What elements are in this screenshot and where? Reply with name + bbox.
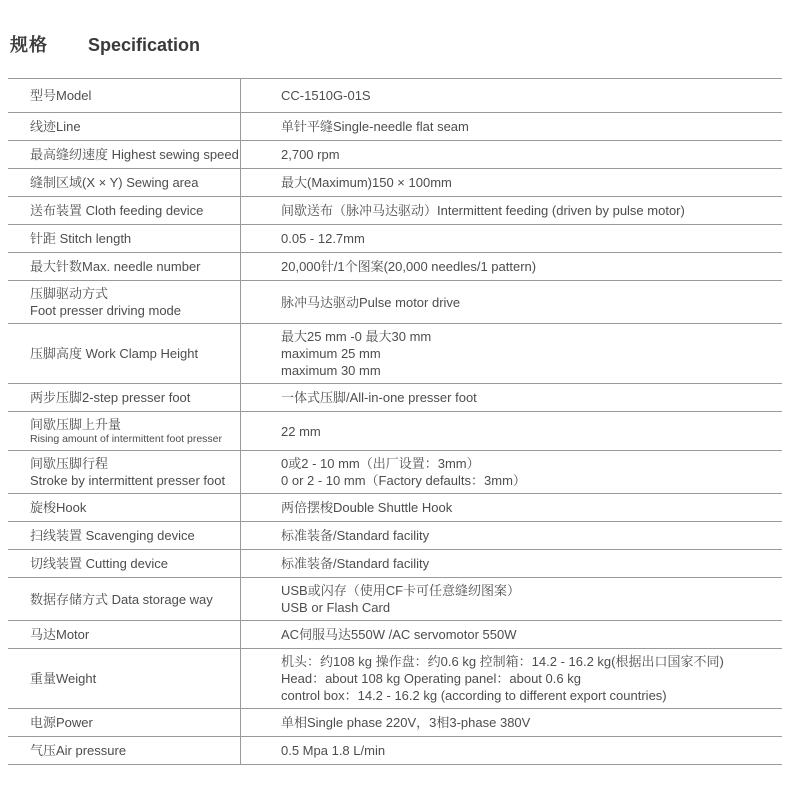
spec-label: 间歇压脚上升量Rising amount of intermittent foo… [8, 412, 240, 450]
table-row: 电源Power单相Single phase 220V，3相3-phase 380… [8, 709, 782, 737]
spec-value-line: 0或2 - 10 mm（出厂设置：3mm） [281, 455, 774, 472]
spec-value: 标准装备/Standard facility [240, 522, 782, 549]
spec-label-line: Foot presser driving mode [30, 302, 234, 319]
table-row: 缝制区域(X × Y) Sewing area最大(Maximum)150 × … [8, 169, 782, 197]
spec-value-line: 机头：约108 kg 操作盘：约0.6 kg 控制箱：14.2 - 16.2 k… [281, 653, 774, 670]
spec-value: 一体式压脚/All-in-one presser foot [240, 384, 782, 411]
spec-label: 缝制区域(X × Y) Sewing area [8, 169, 240, 196]
spec-label: 线迹Line [8, 113, 240, 140]
spec-label: 马达Motor [8, 621, 240, 648]
page-title-en: Specification [88, 35, 200, 56]
spec-label-line: 压脚高度 Work Clamp Height [30, 345, 234, 362]
spec-value: 脉冲马达驱动Pulse motor drive [240, 281, 782, 323]
spec-label: 切线装置 Cutting device [8, 550, 240, 577]
spec-value-line: 最大25 mm -0 最大30 mm [281, 328, 774, 345]
spec-value-line: maximum 25 mm [281, 345, 774, 362]
spec-value-line: 2,700 rpm [281, 146, 774, 163]
spec-value: 2,700 rpm [240, 141, 782, 168]
spec-label: 重量Weight [8, 649, 240, 708]
spec-label-line: 间歇压脚上升量 [30, 416, 234, 433]
table-row: 型号ModelCC-1510G-01S [8, 79, 782, 113]
spec-value-line: 0.5 Mpa 1.8 L/min [281, 742, 774, 759]
table-row: 最大针数Max. needle number20,000针/1个图案(20,00… [8, 253, 782, 281]
table-row: 两步压脚2-step presser foot一体式压脚/All-in-one … [8, 384, 782, 412]
spec-label-line: 送布装置 Cloth feeding device [30, 202, 234, 219]
spec-value-line: 22 mm [281, 423, 774, 440]
spec-value-line: 0 or 2 - 10 mm（Factory defaults：3mm） [281, 472, 774, 489]
spec-value-line: USB或闪存（使用CF卡可任意缝纫图案） [281, 582, 774, 599]
table-row: 数据存储方式 Data storage wayUSB或闪存（使用CF卡可任意缝纫… [8, 578, 782, 621]
table-row: 间歇压脚行程Stroke by intermittent presser foo… [8, 451, 782, 494]
spec-value: 标准装备/Standard facility [240, 550, 782, 577]
spec-label: 型号Model [8, 79, 240, 112]
spec-label-line: 压脚驱动方式 [30, 285, 234, 302]
spec-label: 压脚驱动方式Foot presser driving mode [8, 281, 240, 323]
spec-label: 气压Air pressure [8, 737, 240, 764]
spec-label-line: 气压Air pressure [30, 742, 234, 759]
spec-label: 送布装置 Cloth feeding device [8, 197, 240, 224]
table-row: 旋梭Hook两倍摆梭Double Shuttle Hook [8, 494, 782, 522]
spec-label-line: 数据存储方式 Data storage way [30, 591, 234, 608]
spec-value: 机头：约108 kg 操作盘：约0.6 kg 控制箱：14.2 - 16.2 k… [240, 649, 782, 708]
spec-label-line: 间歇压脚行程 [30, 455, 234, 472]
spec-label-line: Rising amount of intermittent foot press… [30, 433, 234, 446]
spec-value-line: 间歇送布（脉冲马达驱动）Intermittent feeding (driven… [281, 202, 774, 219]
spec-value: 单相Single phase 220V，3相3-phase 380V [240, 709, 782, 736]
spec-value: USB或闪存（使用CF卡可任意缝纫图案）USB or Flash Card [240, 578, 782, 620]
spec-page: 规格 Specification 型号ModelCC-1510G-01S线迹Li… [0, 0, 790, 791]
table-row: 最高缝纫速度 Highest sewing speed2,700 rpm [8, 141, 782, 169]
spec-label: 针距 Stitch length [8, 225, 240, 252]
spec-label: 间歇压脚行程Stroke by intermittent presser foo… [8, 451, 240, 493]
spec-value-line: CC-1510G-01S [281, 87, 774, 104]
spec-value-line: 标准装备/Standard facility [281, 527, 774, 544]
spec-value: AC伺服马达550W /AC servomotor 550W [240, 621, 782, 648]
table-row: 马达MotorAC伺服马达550W /AC servomotor 550W [8, 621, 782, 649]
spec-label-line: 切线装置 Cutting device [30, 555, 234, 572]
spec-label-line: 针距 Stitch length [30, 230, 234, 247]
spec-label: 电源Power [8, 709, 240, 736]
spec-label-line: 缝制区域(X × Y) Sewing area [30, 174, 234, 191]
spec-label: 旋梭Hook [8, 494, 240, 521]
spec-label: 最高缝纫速度 Highest sewing speed [8, 141, 240, 168]
spec-value: 0.05 - 12.7mm [240, 225, 782, 252]
table-row: 压脚驱动方式Foot presser driving mode脉冲马达驱动Pul… [8, 281, 782, 324]
spec-label-line: 扫线装置 Scavenging device [30, 527, 234, 544]
spec-value-line: USB or Flash Card [281, 599, 774, 616]
table-row: 重量Weight机头：约108 kg 操作盘：约0.6 kg 控制箱：14.2 … [8, 649, 782, 709]
spec-label-line: 型号Model [30, 87, 234, 104]
spec-value: 两倍摆梭Double Shuttle Hook [240, 494, 782, 521]
table-row: 切线装置 Cutting device标准装备/Standard facilit… [8, 550, 782, 578]
table-row: 间歇压脚上升量Rising amount of intermittent foo… [8, 412, 782, 451]
spec-value: 22 mm [240, 412, 782, 450]
spec-value-line: 单针平缝Single-needle flat seam [281, 118, 774, 135]
spec-value-line: Head：about 108 kg Operating panel：about … [281, 670, 774, 687]
spec-value-line: 单相Single phase 220V，3相3-phase 380V [281, 714, 774, 731]
spec-label-line: 两步压脚2-step presser foot [30, 389, 234, 406]
spec-label-line: 最高缝纫速度 Highest sewing speed [30, 146, 234, 163]
spec-value: 最大(Maximum)150 × 100mm [240, 169, 782, 196]
spec-value-line: 一体式压脚/All-in-one presser foot [281, 389, 774, 406]
spec-label: 扫线装置 Scavenging device [8, 522, 240, 549]
table-row: 扫线装置 Scavenging device标准装备/Standard faci… [8, 522, 782, 550]
spec-label: 数据存储方式 Data storage way [8, 578, 240, 620]
spec-label-line: 马达Motor [30, 626, 234, 643]
spec-label: 最大针数Max. needle number [8, 253, 240, 280]
page-title: 规格 Specification [8, 0, 782, 57]
spec-label: 压脚高度 Work Clamp Height [8, 324, 240, 383]
table-row: 气压Air pressure0.5 Mpa 1.8 L/min [8, 737, 782, 765]
spec-value-line: 20,000针/1个图案(20,000 needles/1 pattern) [281, 258, 774, 275]
spec-value-line: maximum 30 mm [281, 362, 774, 379]
spec-value-line: 最大(Maximum)150 × 100mm [281, 174, 774, 191]
table-row: 针距 Stitch length0.05 - 12.7mm [8, 225, 782, 253]
spec-label-line: 最大针数Max. needle number [30, 258, 234, 275]
spec-value: 0.5 Mpa 1.8 L/min [240, 737, 782, 764]
table-row: 线迹Line单针平缝Single-needle flat seam [8, 113, 782, 141]
spec-label-line: 电源Power [30, 714, 234, 731]
spec-value-line: 0.05 - 12.7mm [281, 230, 774, 247]
spec-label: 两步压脚2-step presser foot [8, 384, 240, 411]
spec-value: CC-1510G-01S [240, 79, 782, 112]
spec-value: 最大25 mm -0 最大30 mmmaximum 25 mmmaximum 3… [240, 324, 782, 383]
spec-value: 20,000针/1个图案(20,000 needles/1 pattern) [240, 253, 782, 280]
table-row: 送布装置 Cloth feeding device间歇送布（脉冲马达驱动）Int… [8, 197, 782, 225]
page-title-zh: 规格 [10, 31, 48, 57]
spec-value-line: 脉冲马达驱动Pulse motor drive [281, 294, 774, 311]
spec-table: 型号ModelCC-1510G-01S线迹Line单针平缝Single-need… [8, 78, 782, 765]
spec-label-line: 线迹Line [30, 118, 234, 135]
spec-label-line: Stroke by intermittent presser foot [30, 472, 234, 489]
spec-label-line: 重量Weight [30, 670, 234, 687]
spec-value: 单针平缝Single-needle flat seam [240, 113, 782, 140]
spec-value-line: AC伺服马达550W /AC servomotor 550W [281, 626, 774, 643]
spec-label-line: 旋梭Hook [30, 499, 234, 516]
spec-value-line: 标准装备/Standard facility [281, 555, 774, 572]
spec-value-line: 两倍摆梭Double Shuttle Hook [281, 499, 774, 516]
table-row: 压脚高度 Work Clamp Height最大25 mm -0 最大30 mm… [8, 324, 782, 384]
spec-value-line: control box：14.2 - 16.2 kg (according to… [281, 687, 774, 704]
spec-value: 0或2 - 10 mm（出厂设置：3mm）0 or 2 - 10 mm（Fact… [240, 451, 782, 493]
spec-value: 间歇送布（脉冲马达驱动）Intermittent feeding (driven… [240, 197, 782, 224]
